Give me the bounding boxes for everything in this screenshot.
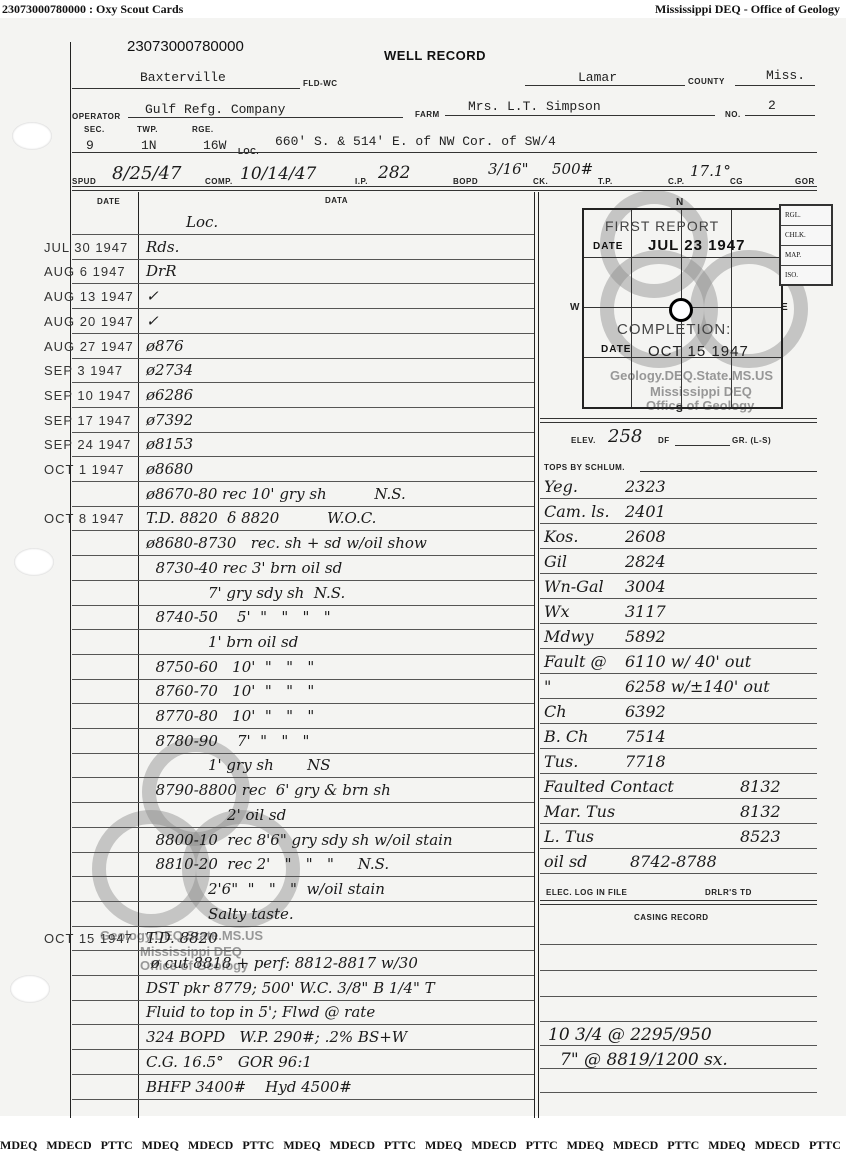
tops-header: TOPS BY SCHLUM. — [544, 463, 625, 472]
log-entry: 324 BOPD W.P. 290#; .2% BS+W — [146, 1028, 407, 1046]
formation-name: Mdwy — [544, 627, 593, 646]
formation-depth: 3117 — [625, 602, 666, 621]
form-title: WELL RECORD — [384, 48, 486, 63]
formation-depth: 2824 — [625, 552, 666, 571]
center-divider — [534, 192, 535, 1118]
north-label: N — [676, 197, 684, 208]
tp-value: 500# — [552, 160, 593, 178]
elev-value: 258 — [608, 426, 642, 447]
casing-entry: 10 3/4 @ 2295/950 — [548, 1025, 712, 1045]
log-entry: BHFP 3400# Hyd 4500# — [146, 1078, 352, 1096]
rge-value: 16W — [203, 138, 226, 153]
log-entry: Salty taste. — [146, 905, 294, 923]
log-entry: ø8670-80 rec 10' gry sh N.S. — [146, 485, 406, 503]
formation-depth: 7514 — [625, 727, 666, 746]
log-entry: DST pkr 8779; 500' W.C. 3/8" B 1/4" T — [146, 979, 435, 997]
casing-record-header: CASING RECORD — [634, 913, 709, 922]
formation-name: " — [544, 677, 551, 696]
data-column-header: DATA — [325, 196, 348, 205]
formation-name: Fault @ — [544, 652, 607, 671]
margin-line — [70, 42, 71, 1118]
formation-name: Tus. — [544, 752, 578, 771]
checklist-item: MAP. — [781, 246, 831, 266]
sec-label: SEC. — [84, 125, 105, 134]
log-entry: Loc. — [186, 213, 218, 231]
well-no-value: 2 — [768, 98, 776, 113]
county-label: COUNTY — [688, 77, 725, 86]
log-entry: 1' brn oil sd — [146, 633, 298, 651]
log-date: OCT 15 1947 — [44, 931, 133, 946]
drillers-td-label: DRLR'S TD — [705, 888, 752, 897]
log-entry: DrR — [146, 262, 177, 280]
farm-label: FARM — [415, 110, 440, 119]
center-divider — [538, 192, 539, 1118]
formation-depth: 2608 — [625, 527, 666, 546]
formation-name: Gil — [544, 552, 567, 571]
log-entry: 8770-80 10' " " " — [146, 707, 314, 725]
formation-name: L. Tus — [544, 827, 594, 846]
completion-date: OCT 15 1947 — [648, 343, 749, 360]
formation-depth: 6258 w/±140' out — [625, 677, 770, 696]
log-entry: 8740-50 5' " " " " — [146, 608, 331, 626]
log-entry: ✓ — [146, 312, 159, 330]
log-entry: 8780-90 7' " " " — [146, 732, 309, 750]
choke-value: 3/16" — [488, 160, 529, 178]
operator-label: OPERATOR — [72, 112, 121, 121]
sec-value: 9 — [86, 138, 94, 153]
log-entry: ø2734 — [146, 361, 193, 379]
state-value: Miss. — [766, 68, 805, 83]
log-entry: ø7392 — [146, 411, 193, 429]
punch-hole — [10, 975, 50, 1003]
completion-stamp: COMPLETION: — [617, 321, 731, 338]
viewer-title-bar: 23073000780000 : Oxy Scout Cards Mississ… — [0, 0, 846, 18]
date-column-header: DATE — [97, 197, 120, 206]
elec-log-label: ELEC. LOG IN FILE — [546, 888, 627, 897]
formation-depth: 3004 — [625, 577, 666, 596]
log-entry: T.D. 8820 — [146, 929, 218, 947]
east-label: E — [781, 302, 788, 313]
casing-entry: 7" @ 8819/1200 sx. — [560, 1050, 728, 1070]
log-entry: 8800-10 rec 8'6" gry sdy sh w/oil stain — [146, 831, 453, 849]
log-entry: ø8680-8730 rec. sh + sd w/oil show — [146, 534, 427, 552]
spud-date: 8/25/47 — [112, 163, 181, 184]
county-value: Lamar — [578, 70, 617, 85]
formation-depth: 2401 — [625, 502, 666, 521]
formation-depth: 8132 — [740, 802, 781, 821]
log-date: SEP 24 1947 — [44, 437, 131, 452]
log-entry: Fluid to top in 5'; Flwd @ rate — [146, 1003, 375, 1021]
comp-date: 10/14/47 — [240, 164, 316, 184]
bopd-label: BOPD — [453, 177, 478, 186]
formation-depth: 6392 — [625, 702, 666, 721]
formation-name: Yeg. — [544, 477, 578, 496]
footer-tags: MDEQ MDECD PTTC MDEQ MDECD PTTC MDEQ MDE… — [0, 1138, 846, 1153]
agency-title: Mississippi DEQ - Office of Geology — [655, 2, 840, 17]
log-entry: 8750-60 10' " " " — [146, 658, 314, 676]
log-entry: 8760-70 10' " " " — [146, 682, 314, 700]
formation-depth: 8742-8788 — [630, 852, 717, 871]
first-report-stamp: FIRST REPORT — [605, 218, 719, 234]
api-number: 23073000780000 — [127, 38, 244, 55]
first-report-date: JUL 23 1947 — [648, 237, 745, 254]
log-entry: Rds. — [146, 238, 179, 256]
log-entry: ø8680 — [146, 460, 193, 478]
elev-label: ELEV. — [571, 436, 596, 445]
well-no-label: NO. — [725, 110, 741, 119]
cp-label: C.P. — [668, 177, 685, 186]
comp-label: COMP. — [205, 177, 233, 186]
log-date: OCT 8 1947 — [44, 511, 125, 526]
gor-label: GOR — [795, 177, 815, 186]
checklist-stamp: RGL. CHLK. MAP. ISO. — [779, 204, 833, 286]
log-entry: 8810-20 rec 2' " " " N.S. — [146, 855, 389, 873]
log-date: AUG 6 1947 — [44, 264, 126, 279]
log-entry: 7' gry sdy sh N.S. — [146, 584, 345, 602]
formation-name: Wx — [544, 602, 569, 621]
tp-label: T.P. — [598, 177, 613, 186]
punch-hole — [12, 122, 52, 150]
ip-value: 282 — [378, 163, 410, 183]
gr-label: GR. (L-S) — [732, 436, 771, 445]
formation-name: Cam. ls. — [544, 502, 610, 521]
log-date: AUG 13 1947 — [44, 289, 134, 304]
completion-date-label: DATE — [601, 344, 631, 355]
ip-label: I.P. — [355, 177, 368, 186]
checklist-item: ISO. — [781, 266, 831, 285]
spud-label: SPUD — [72, 177, 96, 186]
log-date: AUG 20 1947 — [44, 314, 134, 329]
farm-value: Mrs. L.T. Simpson — [468, 99, 601, 114]
west-label: W — [570, 302, 580, 313]
log-entry: 2' oil sd — [146, 806, 286, 824]
df-label: DF — [658, 436, 670, 445]
location-value: 660' S. & 514' E. of NW Cor. of SW/4 — [275, 134, 556, 149]
log-entry: ø876 — [146, 337, 184, 355]
date-column-divider — [138, 192, 139, 1118]
formation-name: Wn-Gal — [544, 577, 604, 596]
log-date: SEP 3 1947 — [44, 363, 123, 378]
log-date: AUG 27 1947 — [44, 339, 134, 354]
log-entry: T.D. 8820 ẟ 8820 W.O.C. — [146, 509, 376, 527]
log-date: SEP 17 1947 — [44, 413, 131, 428]
log-date: OCT 1 1947 — [44, 462, 125, 477]
field-name: Baxterville — [140, 70, 226, 85]
formation-name: Mar. Tus — [544, 802, 615, 821]
log-entry: 8730-40 rec 3' brn oil sd — [146, 559, 342, 577]
operator-value: Gulf Refg. Company — [145, 102, 285, 117]
formation-depth: 5892 — [625, 627, 666, 646]
formation-depth: 2323 — [625, 477, 666, 496]
first-report-date-label: DATE — [593, 241, 623, 252]
log-entry: ø cut 8818 + perf: 8812-8817 w/30 — [146, 954, 418, 972]
document-title: 23073000780000 : Oxy Scout Cards — [2, 2, 183, 17]
formation-name: Kos. — [544, 527, 578, 546]
log-date: SEP 10 1947 — [44, 388, 131, 403]
checklist-item: CHLK. — [781, 226, 831, 246]
ck-label: CK. — [533, 177, 548, 186]
log-entry: 2'6" " " " w/oil stain — [146, 880, 385, 898]
cg-label: CG — [730, 177, 743, 186]
log-date: JUL 30 1947 — [44, 240, 128, 255]
formation-name: oil sd — [544, 852, 587, 871]
fld-label: FLD-WC — [303, 79, 338, 88]
formation-name: Faulted Contact — [544, 777, 674, 796]
formation-depth: 7718 — [625, 752, 666, 771]
south-label: S — [676, 404, 683, 415]
checklist-item: RGL. — [781, 206, 831, 226]
log-entry: ø6286 — [146, 386, 193, 404]
oil-well-symbol-icon — [669, 298, 693, 322]
rge-label: RGE. — [192, 125, 214, 134]
log-entry: ✓ — [146, 287, 159, 305]
formation-depth: 6110 w/ 40' out — [625, 652, 751, 671]
twp-label: TWP. — [137, 125, 158, 134]
gravity-value: 17.1° — [690, 162, 731, 180]
punch-hole — [14, 548, 54, 576]
formation-name: Ch — [544, 702, 567, 721]
log-entry: 1' gry sh NS — [146, 756, 331, 774]
twp-value: 1N — [141, 138, 157, 153]
formation-name: B. Ch — [544, 727, 588, 746]
formation-depth: 8132 — [740, 777, 781, 796]
formation-depth: 8523 — [740, 827, 781, 846]
log-entry: ø8153 — [146, 435, 193, 453]
log-entry: 8790-8800 rec 6' gry & brn sh — [146, 781, 391, 799]
log-entry: C.G. 16.5° GOR 96:1 — [146, 1053, 312, 1071]
